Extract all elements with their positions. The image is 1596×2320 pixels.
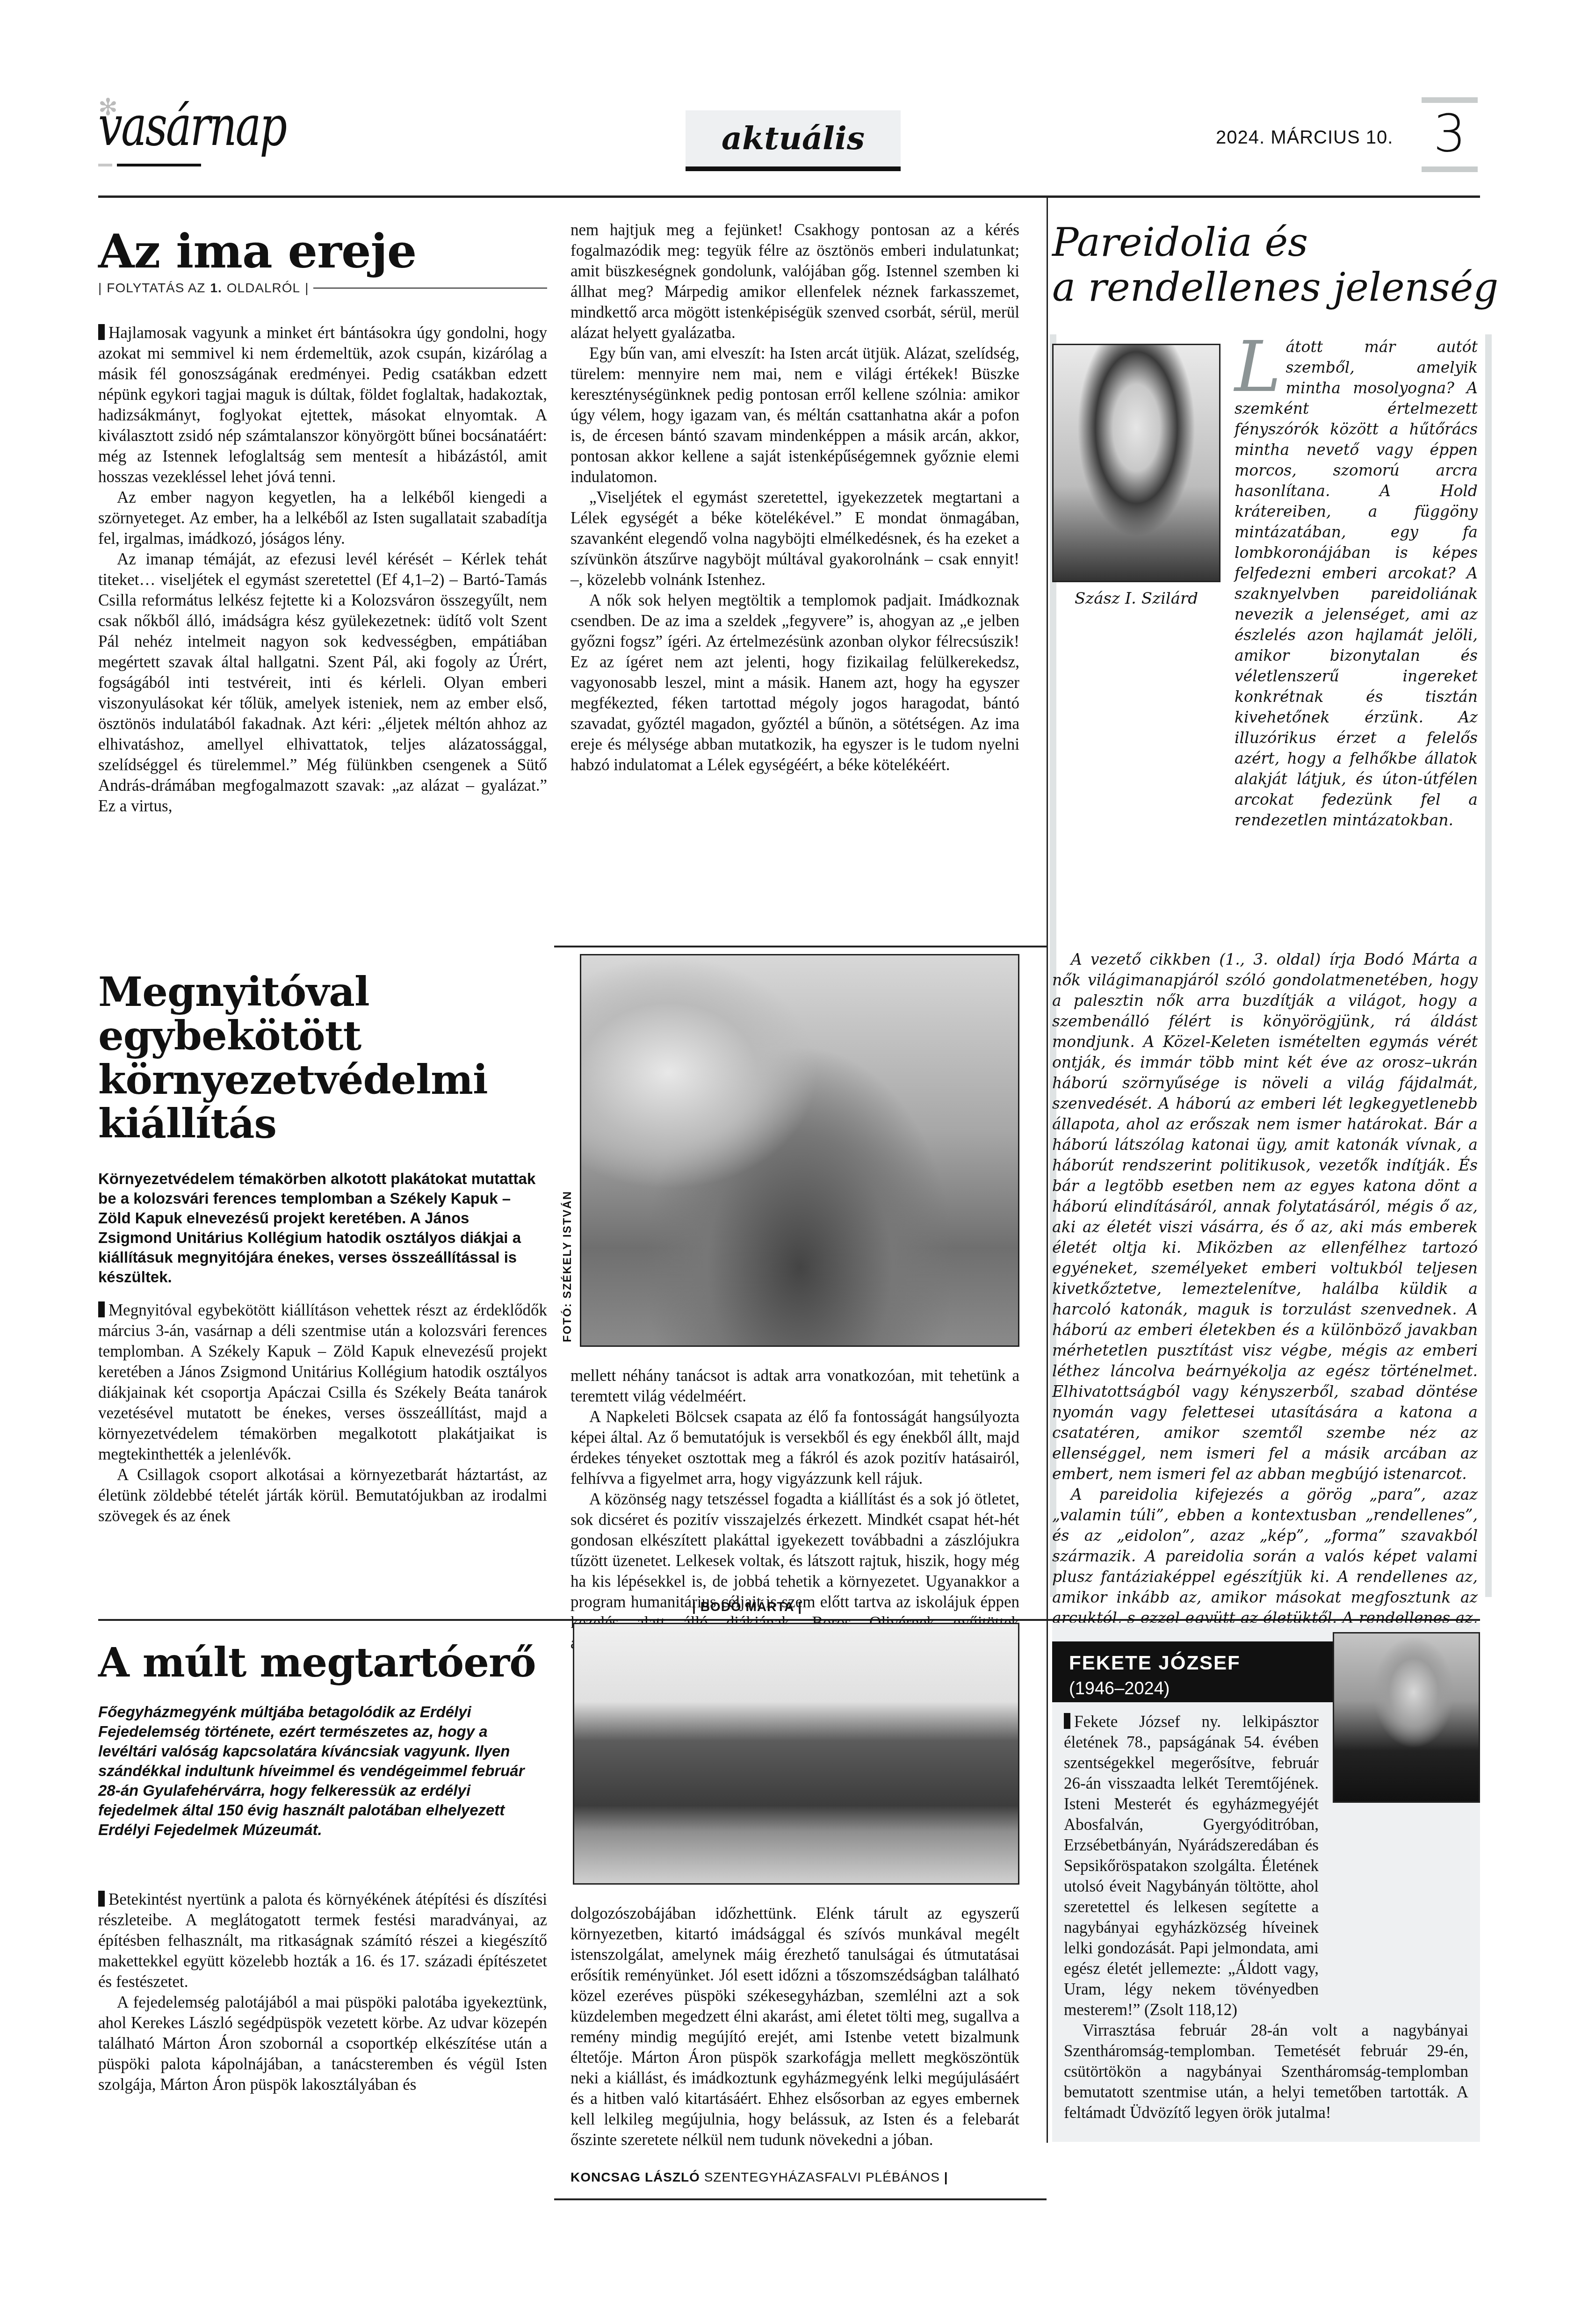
article2-rule (98, 949, 673, 954)
page-number: 3 (1422, 97, 1478, 172)
bottom-rule (554, 2198, 1047, 2200)
issue-date: 2024. MÁRCIUS 10. (1216, 127, 1393, 148)
author-caption: Szász I. Szilárd (1052, 589, 1220, 608)
column-rule (1047, 198, 1048, 1619)
masthead-underline (117, 164, 201, 166)
article3-deck: Főegyházmegyénk múltjába betagolódik az … (98, 1702, 547, 1840)
article2-col1: Megnyitóval egybekötött kiállításon vehe… (98, 1300, 547, 1526)
dropcap: L (1235, 337, 1281, 398)
column-title: Pareidolia ésa rendellenes jelenség (1052, 220, 1498, 310)
article3-title: A múlt megtartóerő (98, 1639, 536, 1686)
column-intro: Látott már autót szemből, amelyik mintha… (1235, 337, 1478, 831)
article2-deck: Környezetvédelem témakörben alkotott pla… (98, 1169, 547, 1287)
photo-rule (554, 946, 1047, 947)
article2-signature: | BODÓ MÁRTA | (692, 1599, 802, 1614)
author-photo (1052, 344, 1220, 582)
article3-col1: Betekintést nyertünk a palota és környék… (98, 1889, 547, 2095)
masthead-accent (98, 164, 112, 166)
section-label: aktuális (722, 120, 865, 157)
group-photo (573, 1623, 1019, 1885)
article1-col2: nem hajtjuk meg a fejünket! Csakhogy pon… (571, 220, 1019, 775)
column-body: A vezető cikkben (1., 3. oldal) írja Bod… (1052, 949, 1478, 1731)
column-rule-bottom (1047, 1619, 1048, 2143)
section-tag: aktuális (686, 110, 901, 171)
article3-signature: KONCSAG LÁSZLÓ SZENTEGYHÁZASFALVI PLÉBÁN… (571, 2170, 948, 2185)
article1-col1: Hajlamosak vagyunk a minket ért bántások… (98, 323, 547, 817)
article1-title: Az ima ereje (98, 224, 416, 279)
article1-kicker: |FOLYTATÁS AZ 1. OLDALRÓL| (98, 281, 547, 296)
exhibition-photo (580, 954, 1019, 1347)
photo-credit: FOTÓ: SZÉKELY ISTVÁN (561, 1191, 574, 1342)
masthead: ✻ vasárnap (98, 98, 341, 173)
masthead-logo: vasárnap (98, 98, 288, 153)
article3-col2: dolgozószobájában időzhettünk. Elénk tár… (571, 1903, 1019, 2150)
header-rule (98, 195, 1480, 198)
obituary-body: Fekete József ny. lelkipásztor életének … (1064, 1712, 1468, 2123)
article2-title: Megnyitóval egybekötött környezetvédelmi… (98, 970, 547, 1146)
